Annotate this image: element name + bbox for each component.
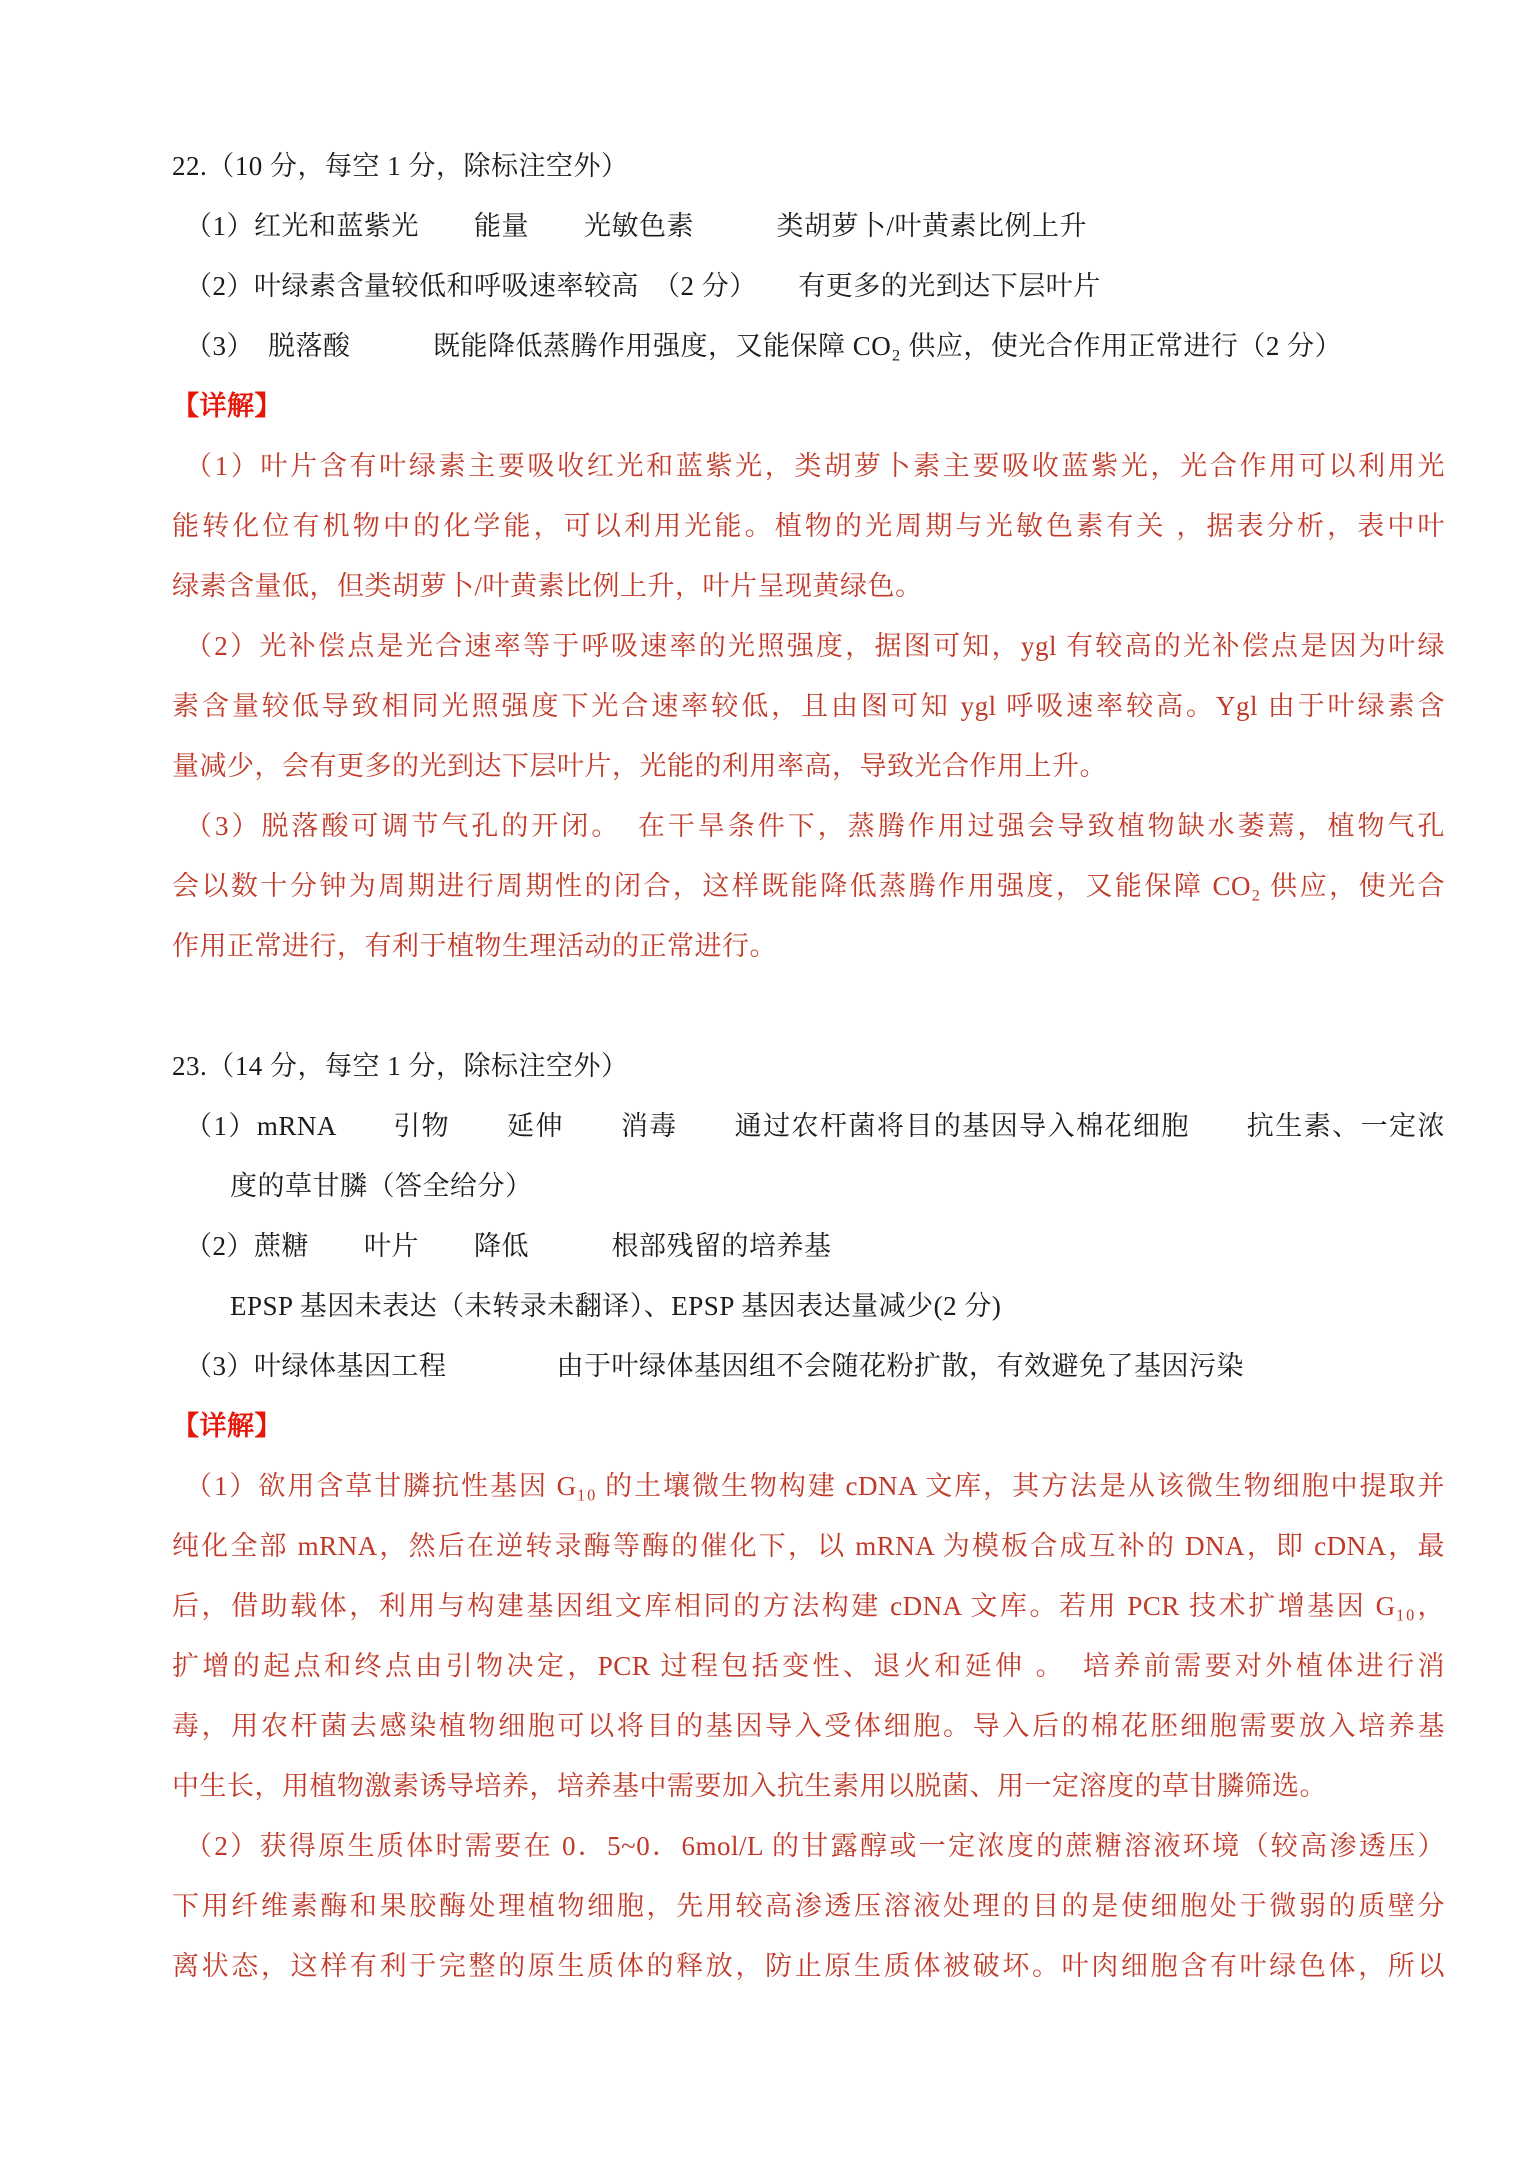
q23-detail-2-line-3: 离状态，这样有利于完整的原生质体的释放，防止原生质体被破坏。叶肉细胞含有叶绿色体… (172, 1936, 1445, 1996)
q23-answer-1-line-1: （1）mRNA 引物 延伸 消毒 通过农杆菌将目的基因导入棉花细胞 抗生素、一定… (172, 1096, 1445, 1156)
q23-detail-1-line-1: （1）欲用含草甘膦抗性基因 G₁₀ 的土壤微生物构建 cDNA 文库，其方法是从… (172, 1456, 1445, 1516)
q22-detail-2-line-1: （2）光补偿点是光合速率等于呼吸速率的光照强度，据图可知，ygl 有较高的光补偿… (172, 616, 1445, 676)
q22-detail-label: 【详解】 (172, 376, 1445, 436)
q23-detail-1-line-5: 毒，用农杆菌去感染植物细胞可以将目的基因导入受体细胞。导入后的棉花胚细胞需要放入… (172, 1696, 1445, 1756)
q23-answer-2-line-1: （2）蔗糖 叶片 降低 根部残留的培养基 (172, 1216, 1445, 1276)
question-23-block: 23.（14 分，每空 1 分，除标注空外） （1）mRNA 引物 延伸 消毒 … (172, 1036, 1445, 1996)
q23-detail-label: 【详解】 (172, 1396, 1445, 1456)
q23-detail-1-line-3: 后，借助载体，利用与构建基因组文库相同的方法构建 cDNA 文库。若用 PCR … (172, 1576, 1445, 1636)
q22-detail-3-line-3: 作用正常进行，有利于植物生理活动的正常进行。 (172, 916, 1445, 976)
q22-answer-3: （3） 脱落酸 既能降低蒸腾作用强度，又能保障 CO₂ 供应，使光合作用正常进行… (172, 316, 1445, 376)
q22-detail-3-line-2: 会以数十分钟为周期进行周期性的闭合，这样既能降低蒸腾作用强度，又能保障 CO₂ … (172, 856, 1445, 916)
q22-detail-3-line-1: （3）脱落酸可调节气孔的开闭。 在干旱条件下，蒸腾作用过强会导致植物缺水萎蔫，植… (172, 796, 1445, 856)
q23-detail-paragraph-1: （1）欲用含草甘膦抗性基因 G₁₀ 的土壤微生物构建 cDNA 文库，其方法是从… (172, 1456, 1445, 1816)
q23-answer-3: （3）叶绿体基因工程 由于叶绿体基因组不会随花粉扩散，有效避免了基因污染 (172, 1336, 1445, 1396)
q22-detail-2-line-3: 量减少，会有更多的光到达下层叶片，光能的利用率高，导致光合作用上升。 (172, 736, 1445, 796)
q22-detail-1-line-1: （1）叶片含有叶绿素主要吸收红光和蓝紫光，类胡萝卜素主要吸收蓝紫光，光合作用可以… (172, 436, 1445, 496)
q23-answer-1-line-2: 度的草甘膦（答全给分） (172, 1156, 1445, 1216)
q23-header: 23.（14 分，每空 1 分，除标注空外） (172, 1036, 1445, 1096)
q23-detail-1-line-4: 扩增的起点和终点由引物决定，PCR 过程包括变性、退火和延伸 。 培养前需要对外… (172, 1636, 1445, 1696)
q23-detail-paragraph-2: （2）获得原生质体时需要在 0．5~0．6mol/L 的甘露醇或一定浓度的蔗糖溶… (172, 1816, 1445, 1996)
q23-detail-1-line-6: 中生长，用植物激素诱导培养，培养基中需要加入抗生素用以脱菌、用一定溶度的草甘膦筛… (172, 1756, 1445, 1816)
q23-detail-1-line-2: 纯化全部 mRNA，然后在逆转录酶等酶的催化下，以 mRNA 为模板合成互补的 … (172, 1516, 1445, 1576)
q22-answer-2: （2）叶绿素含量较低和呼吸速率较高 （2 分） 有更多的光到达下层叶片 (172, 256, 1445, 316)
section-gap (172, 976, 1445, 1036)
document-page: 22.（10 分，每空 1 分，除标注空外） （1）红光和蓝紫光 能量 光敏色素… (0, 0, 1536, 1996)
q22-detail-paragraph-1: （1）叶片含有叶绿素主要吸收红光和蓝紫光，类胡萝卜素主要吸收蓝紫光，光合作用可以… (172, 436, 1445, 616)
q22-detail-1-line-3: 绿素含量低，但类胡萝卜/叶黄素比例上升，叶片呈现黄绿色。 (172, 556, 1445, 616)
q22-detail-paragraph-3: （3）脱落酸可调节气孔的开闭。 在干旱条件下，蒸腾作用过强会导致植物缺水萎蔫，植… (172, 796, 1445, 976)
q23-detail-2-line-2: 下用纤维素酶和果胶酶处理植物细胞，先用较高渗透压溶液处理的目的是使细胞处于微弱的… (172, 1876, 1445, 1936)
q23-answer-2-line-2: EPSP 基因未表达（未转录未翻译）、EPSP 基因表达量减少(2 分) (172, 1276, 1445, 1336)
q23-detail-2-line-1: （2）获得原生质体时需要在 0．5~0．6mol/L 的甘露醇或一定浓度的蔗糖溶… (172, 1816, 1445, 1876)
question-22-block: 22.（10 分，每空 1 分，除标注空外） （1）红光和蓝紫光 能量 光敏色素… (172, 136, 1445, 976)
q22-detail-1-line-2: 能转化位有机物中的化学能，可以利用光能。植物的光周期与光敏色素有关 ，据表分析，… (172, 496, 1445, 556)
q22-answer-1: （1）红光和蓝紫光 能量 光敏色素 类胡萝卜/叶黄素比例上升 (172, 196, 1445, 256)
q22-detail-paragraph-2: （2）光补偿点是光合速率等于呼吸速率的光照强度，据图可知，ygl 有较高的光补偿… (172, 616, 1445, 796)
q22-detail-2-line-2: 素含量较低导致相同光照强度下光合速率较低，且由图可知 ygl 呼吸速率较高。Yg… (172, 676, 1445, 736)
q22-header: 22.（10 分，每空 1 分，除标注空外） (172, 136, 1445, 196)
